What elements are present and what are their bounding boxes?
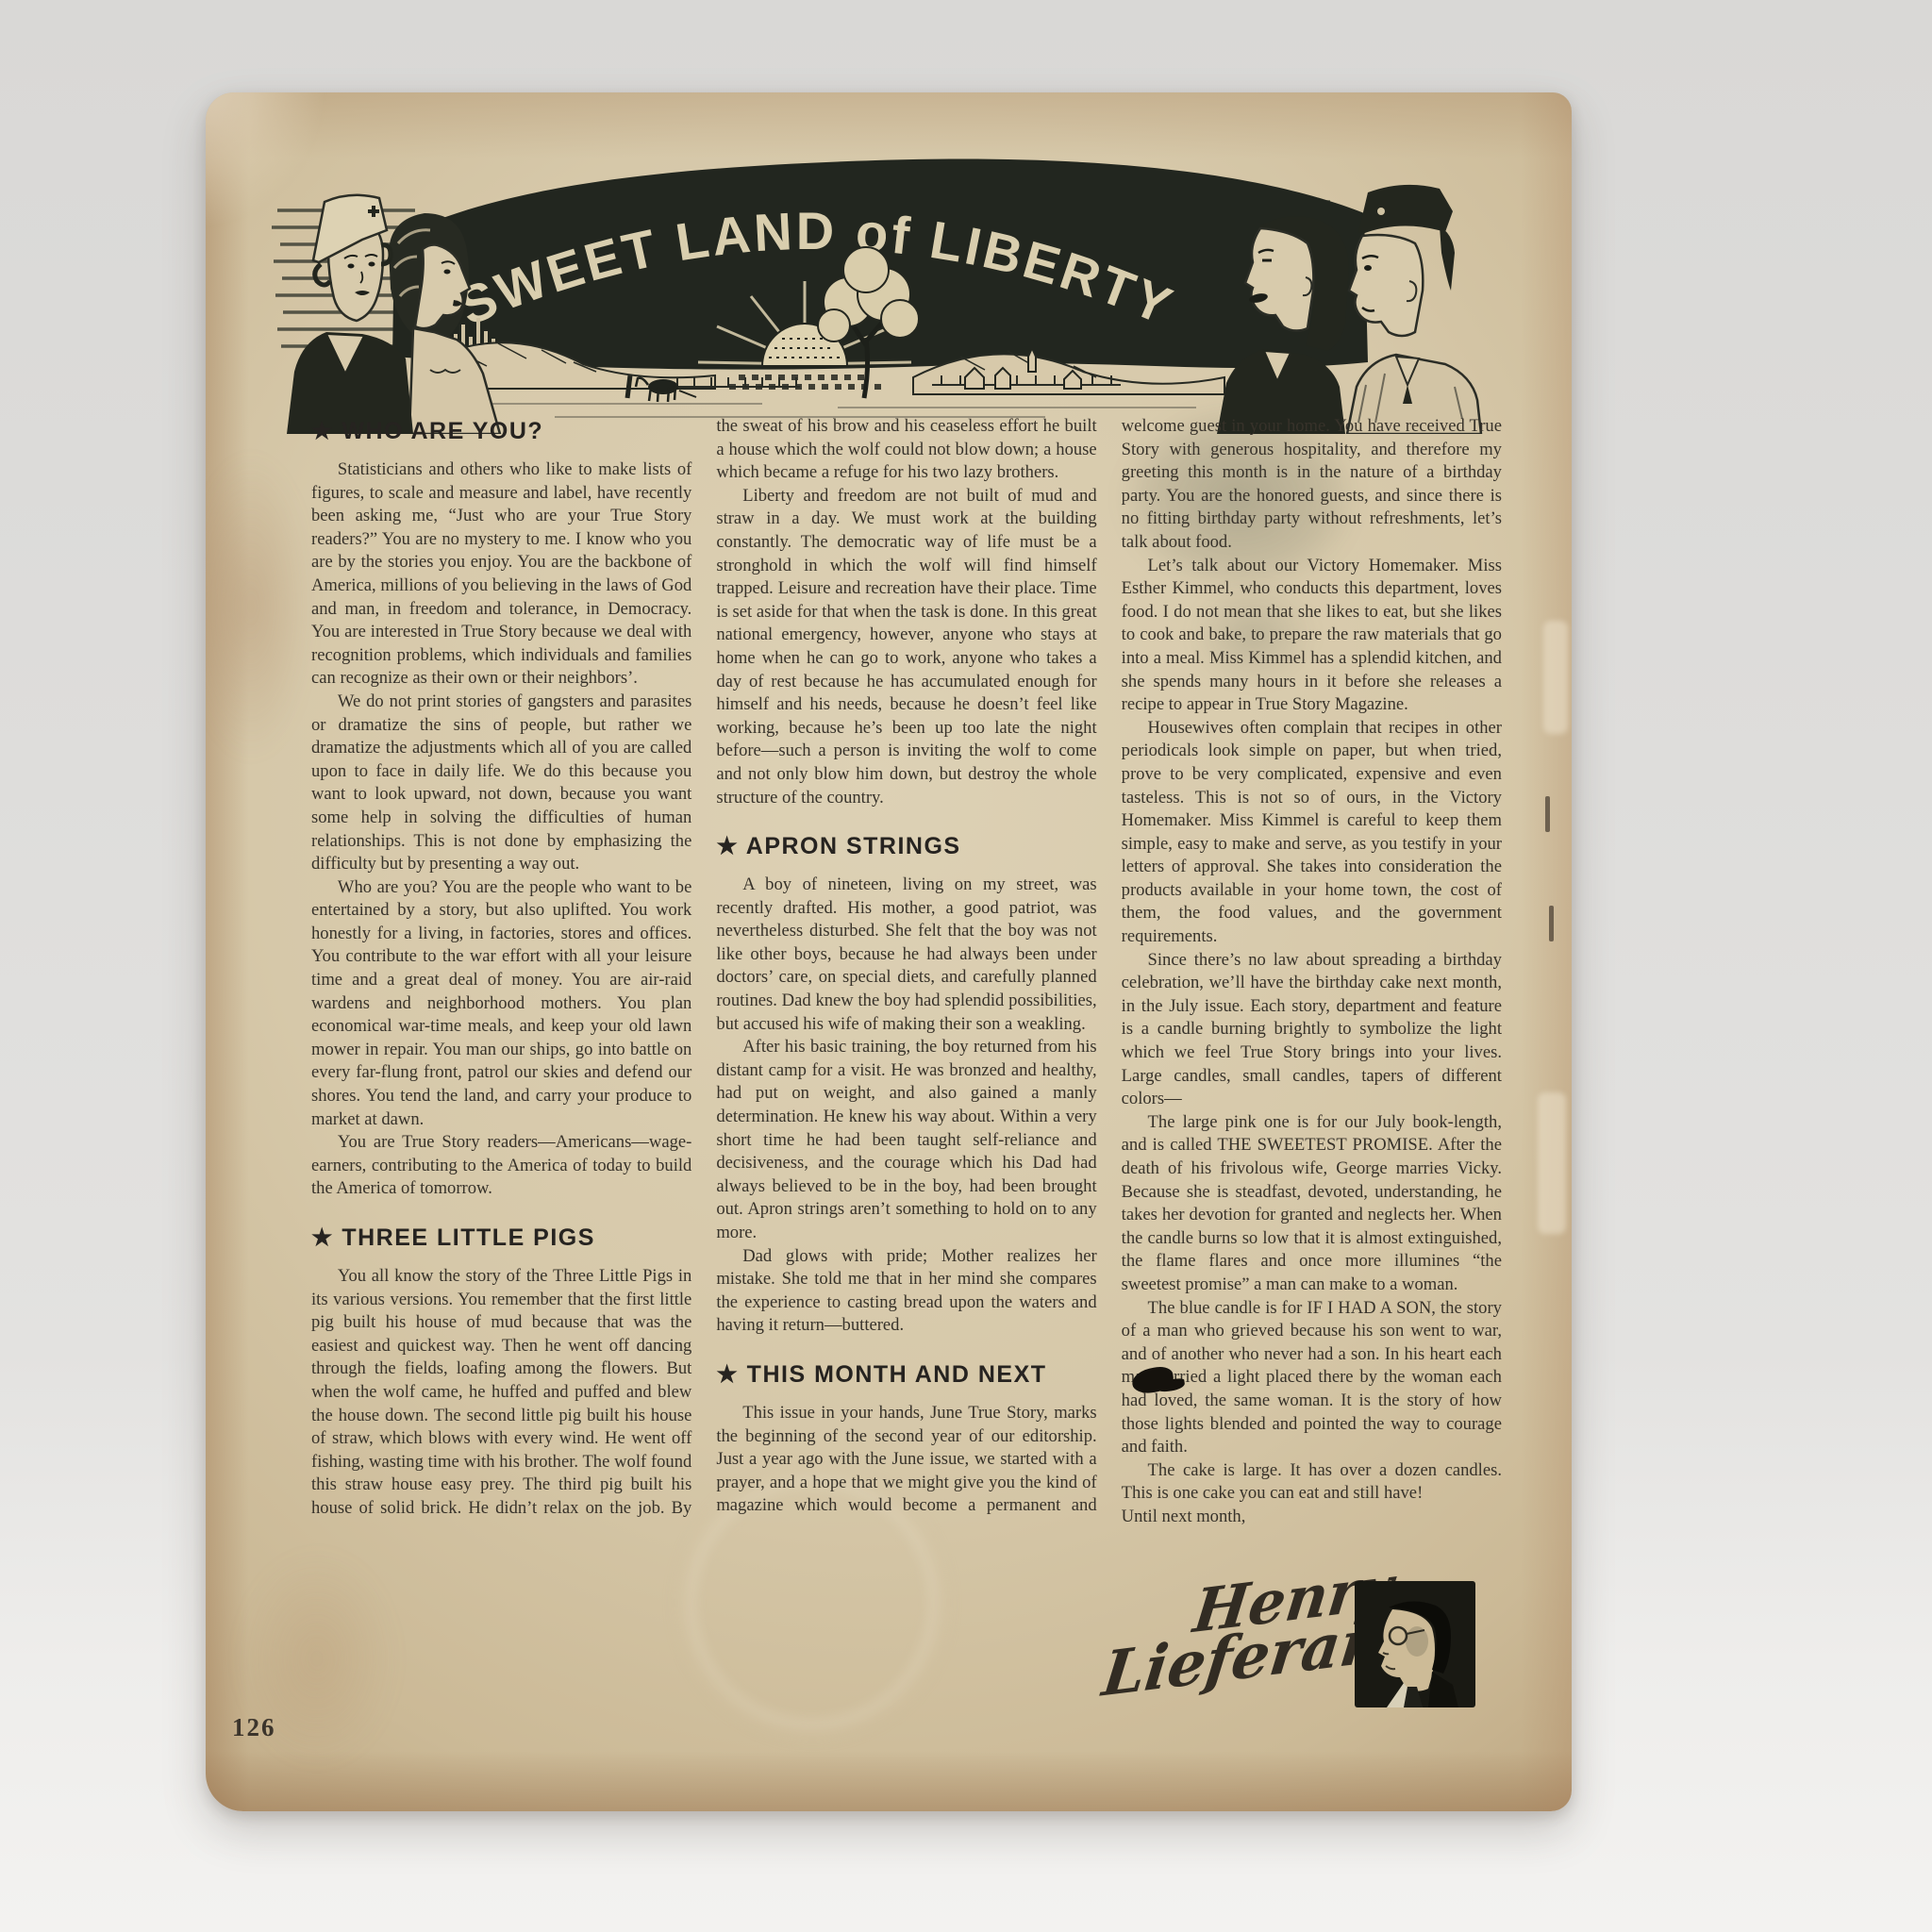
- section-heading-three-little-pigs: ★ THREE LITTLE PIGS: [311, 1224, 691, 1252]
- paragraph: Since there’s no law about spreading a b…: [1122, 949, 1502, 1111]
- section-heading-apron-strings: ★ APRON STRINGS: [716, 832, 1096, 860]
- header-illustration: SWEET LAND of LIBERTY: [272, 140, 1484, 434]
- header-illustration-svg: SWEET LAND of LIBERTY: [272, 140, 1484, 434]
- paragraph: Let’s talk about our Victory Homemaker. …: [1122, 555, 1502, 717]
- photo-background: SWEET LAND of LIBERTY: [0, 0, 1932, 1932]
- paragraph: Who are you? You are the people who want…: [311, 876, 691, 1132]
- paragraph: The blue candle is for IF I HAD A SON, t…: [1122, 1297, 1502, 1459]
- paragraph: After his basic training, the boy return…: [716, 1036, 1096, 1244]
- edge-tear: [1543, 621, 1568, 734]
- editor-portrait: [1355, 1581, 1475, 1707]
- paragraph: Housewives often complain that recipes i…: [1122, 717, 1502, 949]
- section-heading-this-month-and-next: ★ THIS MONTH AND NEXT: [716, 1360, 1096, 1389]
- staple: [1549, 906, 1554, 941]
- paragraph: The large pink one is for our July book-…: [1122, 1111, 1502, 1297]
- edge-tear: [1538, 1092, 1566, 1234]
- section-heading-who-are-you: ★ WHO ARE YOU?: [311, 417, 691, 445]
- paragraph: Dad glows with pride; Mother realizes he…: [716, 1245, 1096, 1338]
- paragraph: The cake is large. It has over a dozen c…: [1122, 1459, 1502, 1506]
- soldier-figure: [1347, 185, 1481, 434]
- paragraph: A boy of nineteen, living on my street, …: [716, 874, 1096, 1036]
- magazine-page: SWEET LAND of LIBERTY: [206, 92, 1572, 1811]
- closing-line: Until next month,: [1122, 1506, 1502, 1529]
- paragraph: You are True Story readers—Americans—wag…: [311, 1131, 691, 1201]
- paragraph: Statisticians and others who like to mak…: [311, 458, 691, 691]
- staple: [1545, 796, 1550, 832]
- page-number: 126: [232, 1713, 276, 1742]
- article-columns: ★ WHO ARE YOU? Statisticians and others …: [311, 415, 1502, 1694]
- paragraph: We do not print stories of gangsters and…: [311, 691, 691, 876]
- paragraph: Liberty and freedom are not built of mud…: [716, 485, 1096, 809]
